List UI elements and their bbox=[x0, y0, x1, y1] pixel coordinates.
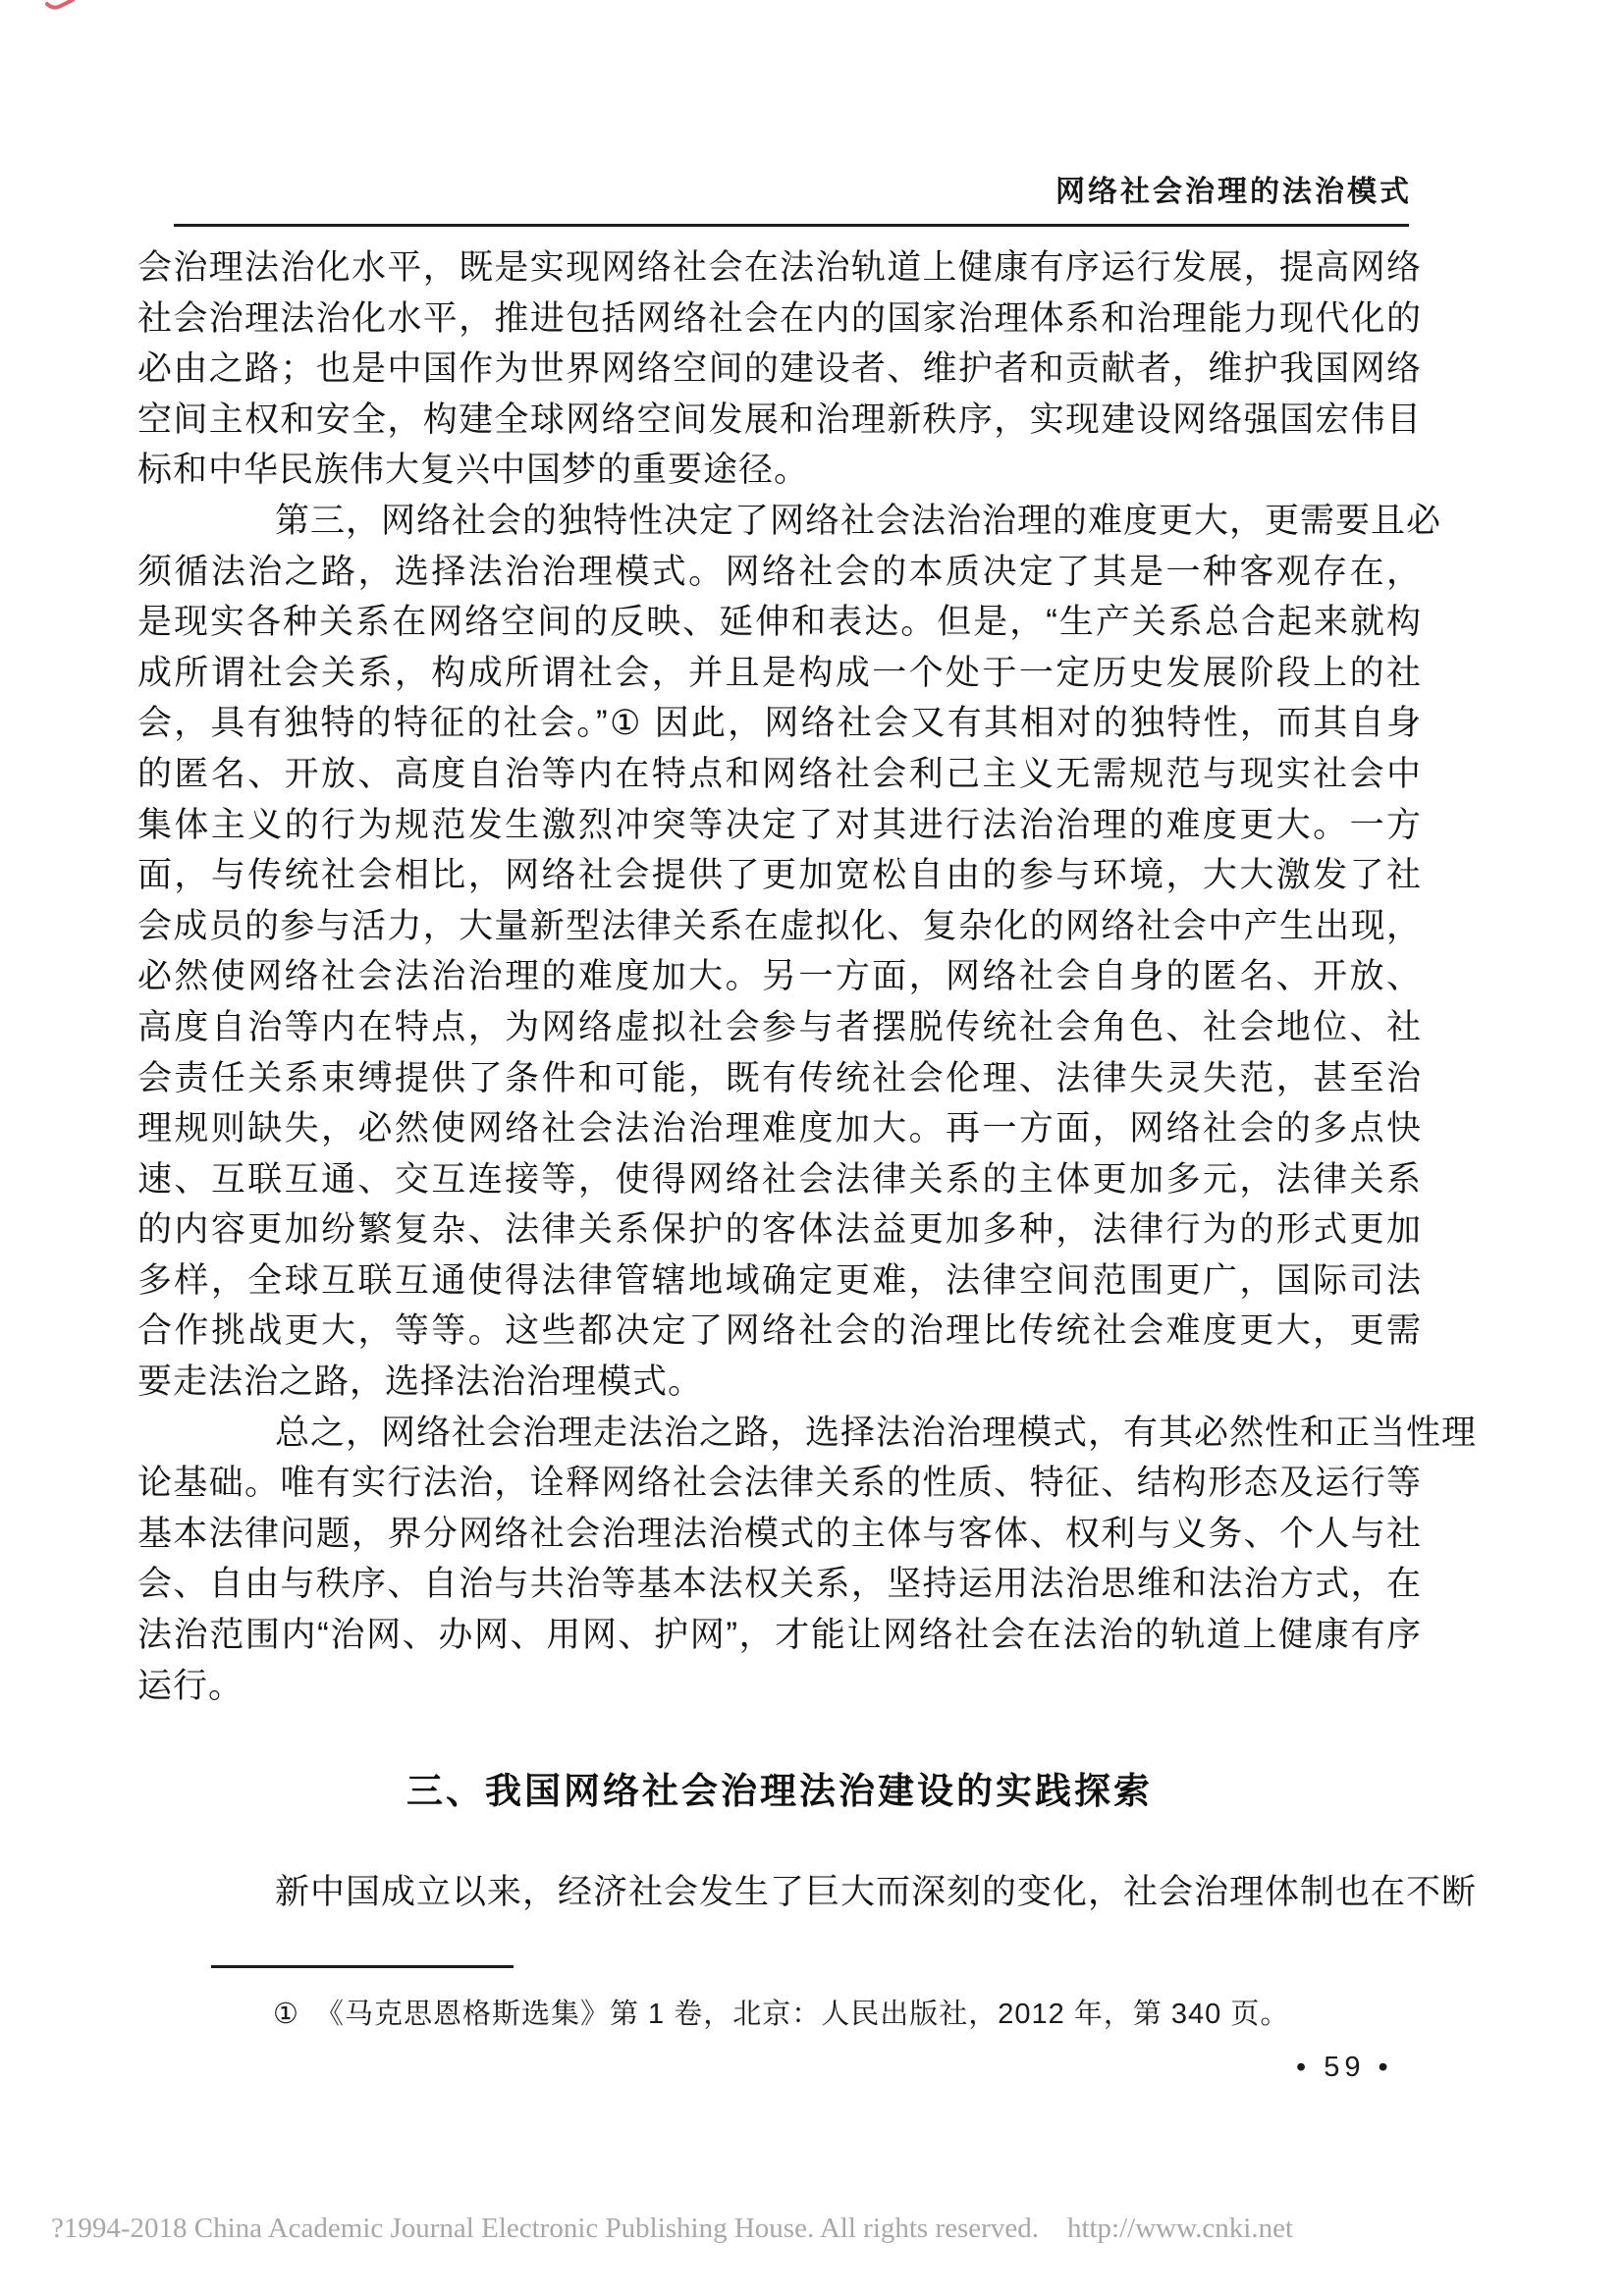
body-line: 标和中华民族伟大复兴中国梦的重要途径。 bbox=[137, 445, 1422, 496]
header-rule bbox=[174, 224, 1409, 227]
body-line: 空间主权和安全，构建全球网络空间发展和治理新秩序，实现建设网络强国宏伟目 bbox=[137, 395, 1422, 446]
body-line: 合作挑战更大，等等。这些都决定了网络社会的治理比传统社会难度更大，更需 bbox=[137, 1306, 1422, 1357]
page-number: • 59 • bbox=[1296, 2052, 1393, 2084]
body-line: 必然使网络社会法治治理的难度加大。另一方面，网络社会自身的匿名、开放、 bbox=[137, 951, 1422, 1002]
body-line: 法治范围内“治网、办网、用网、护网”，才能让网络社会在法治的轨道上健康有序 bbox=[137, 1610, 1422, 1661]
red-corner-mark-icon bbox=[45, 0, 75, 12]
body-line: 社会治理法治化水平，推进包括网络社会在内的国家治理体系和治理能力现代化的 bbox=[137, 294, 1422, 345]
body-line: 会成员的参与活力，大量新型法律关系在虚拟化、复杂化的网络社会中产生出现， bbox=[137, 901, 1422, 952]
body-line: 新中国成立以来，经济社会发生了巨大而深刻的变化，社会治理体制也在不断 bbox=[137, 1867, 1422, 1918]
body-text-block: 会治理法治化水平，既是实现网络社会在法治轨道上健康有序运行发展，提高网络 社会治… bbox=[137, 242, 1422, 1711]
footnote-separator-rule bbox=[211, 1965, 514, 1968]
body-line: 须循法治之路，选择法治治理模式。网络社会的本质决定了其是一种客观存在， bbox=[137, 547, 1422, 598]
footnote-marker: ① bbox=[273, 1999, 299, 2030]
body-line: 论基础。唯有实行法治，诠释网络社会法律关系的性质、特征、结构形态及运行等 bbox=[137, 1458, 1422, 1509]
copyright-watermark: ?1994-2018 China Academic Journal Electr… bbox=[51, 2213, 1293, 2245]
body-line: 必由之路；也是中国作为世界网络空间的建设者、维护者和贡献者，维护我国网络 bbox=[137, 344, 1422, 395]
body-line: 的内容更加纷繁复杂、法律关系保护的客体法益更加多种，法律行为的形式更加 bbox=[137, 1204, 1422, 1255]
body-line: 会治理法治化水平，既是实现网络社会在法治轨道上健康有序运行发展，提高网络 bbox=[137, 242, 1422, 294]
body-line: 是现实各种关系在网络空间的反映、延伸和表达。但是，“生产关系总合起来就构 bbox=[137, 597, 1422, 648]
body-line: 会，具有独特的特征的社会。”① 因此，网络社会又有其相对的独特性，而其自身 bbox=[137, 698, 1422, 749]
body-line: 的匿名、开放、高度自治等内在特点和网络社会利己主义无需规范与现实社会中 bbox=[137, 749, 1422, 800]
body-line: 集体主义的行为规范发生激烈冲突等决定了对其进行法治治理的难度更大。一方 bbox=[137, 800, 1422, 851]
body-line: 高度自治等内在特点，为网络虚拟社会参与者摆脱传统社会角色、社会地位、社 bbox=[137, 1002, 1422, 1053]
body-line: 会、自由与秩序、自治与共治等基本法权关系，坚持运用法治思维和法治方式，在 bbox=[137, 1559, 1422, 1610]
body-line: 基本法律问题，界分网络社会治理法治模式的主体与客体、权利与义务、个人与社 bbox=[137, 1509, 1422, 1560]
body-line: 成所谓社会关系，构成所谓社会，并且是构成一个处于一定历史发展阶段上的社 bbox=[137, 648, 1422, 699]
footnote: ①《马克思恩格斯选集》第 1 卷，北京：人民出版社，2012 年，第 340 页… bbox=[273, 1993, 1353, 2036]
body-line: 运行。 bbox=[137, 1661, 1422, 1712]
body-line: 面，与传统社会相比，网络社会提供了更加宽松自由的参与环境，大大激发了社 bbox=[137, 850, 1422, 901]
journal-page: 网络社会治理的法治模式 会治理法治化水平，既是实现网络社会在法治轨道上健康有序运… bbox=[0, 0, 1623, 2296]
body-line: 多样，全球互联互通使得法律管辖地域确定更难，法律空间范围更广，国际司法 bbox=[137, 1255, 1422, 1307]
body-line: 要走法治之路，选择法治治理模式。 bbox=[137, 1357, 1422, 1408]
footnote-text: 《马克思恩格斯选集》第 1 卷，北京：人民出版社，2012 年，第 340 页。 bbox=[315, 1999, 1289, 2030]
body-line: 速、互联互通、交互连接等，使得网络社会法律关系的主体更加多元，法律关系 bbox=[137, 1154, 1422, 1205]
body-line: 第三，网络社会的独特性决定了网络社会法治治理的难度更大，更需要且必 bbox=[137, 496, 1422, 547]
running-header-title: 网络社会治理的法治模式 bbox=[1055, 167, 1412, 210]
body-line: 总之，网络社会治理走法治之路，选择法治治理模式，有其必然性和正当性理 bbox=[137, 1408, 1422, 1459]
body-line: 会责任关系束缚提供了条件和可能，既有传统社会伦理、法律失灵失范，甚至治 bbox=[137, 1053, 1422, 1104]
section-heading: 三、我国网络社会治理法治建设的实践探索 bbox=[137, 1761, 1422, 1814]
body-line: 理规则缺失，必然使网络社会法治治理难度加大。再一方面，网络社会的多点快 bbox=[137, 1103, 1422, 1154]
next-paragraph-block: 新中国成立以来，经济社会发生了巨大而深刻的变化，社会治理体制也在不断 bbox=[137, 1867, 1422, 1918]
